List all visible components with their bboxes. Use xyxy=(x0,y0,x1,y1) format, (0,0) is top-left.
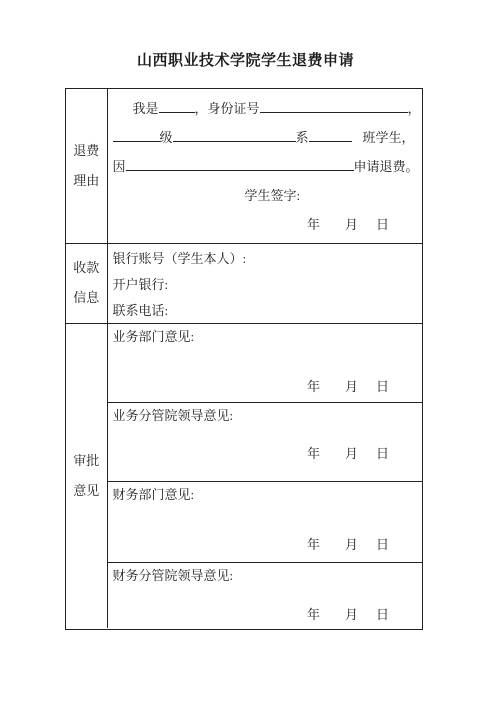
month-label: 月 xyxy=(345,446,358,461)
class-info-line: 级系班学生， xyxy=(108,123,423,152)
year-label: 年 xyxy=(307,379,320,394)
id-number-label: ，身份证号 xyxy=(195,101,260,116)
refund-reason-content: 我是，身份证号， 级系班学生， 因申请退费。 学生签字: 年月日 xyxy=(108,89,423,243)
row-label-payee-info: 收款 信息 xyxy=(66,244,108,324)
section-payee-info: 收款 信息 银行账号（学生本人）: 开户银行: 联系电话: xyxy=(66,244,422,325)
day-label: 日 xyxy=(376,607,389,622)
year-label: 年 xyxy=(307,537,320,552)
approval-content: 业务部门意见: 年月日 业务分管院领导意见: 年月日 财务部门意见: 年月日 财… xyxy=(108,324,423,628)
year-label: 年 xyxy=(307,217,320,232)
day-label: 日 xyxy=(376,446,389,461)
finance-dept-date-line: 年月日 xyxy=(108,536,423,553)
department-blank xyxy=(173,127,296,142)
year-label: 年 xyxy=(307,607,320,622)
month-label: 月 xyxy=(345,607,358,622)
month-label: 月 xyxy=(345,537,358,552)
row-label-refund-reason: 退费 理由 xyxy=(66,89,108,243)
student-signature-label: 学生签字: xyxy=(245,188,301,203)
month-label: 月 xyxy=(345,379,358,394)
approval-row-business-dept: 业务部门意见: 年月日 xyxy=(108,324,423,403)
business-dept-date-line: 年月日 xyxy=(108,378,423,395)
phone-label: 联系电话: xyxy=(108,298,423,324)
applicant-identity-line: 我是，身份证号， xyxy=(108,94,423,123)
business-leader-opinion-label: 业务分管院领导意见: xyxy=(108,407,423,424)
row-label-approval: 审批 意见 xyxy=(66,324,108,628)
payee-info-content: 银行账号（学生本人）: 开户银行: 联系电话: xyxy=(108,244,423,324)
grade-label: 级 xyxy=(160,130,173,145)
row-label-payee-line1: 收款 xyxy=(73,261,99,275)
approval-row-finance-leader: 财务分管院领导意见: 年月日 xyxy=(108,563,423,628)
reason-blank xyxy=(126,156,354,171)
approval-row-business-leader: 业务分管院领导意见: 年月日 xyxy=(108,403,423,482)
day-label: 日 xyxy=(376,537,389,552)
row-label-refund-line1: 退费 xyxy=(73,144,99,158)
class-student-label: 班学生， xyxy=(363,130,415,145)
page-title: 山西职业技术学院学生退费申请 xyxy=(0,51,491,71)
row-label-refund-line2: 理由 xyxy=(73,174,99,188)
month-label: 月 xyxy=(345,217,358,232)
grade-blank xyxy=(113,127,160,142)
reason-line: 因申请退费。 xyxy=(108,152,423,181)
finance-leader-date-line: 年月日 xyxy=(108,606,423,623)
day-label: 日 xyxy=(376,379,389,394)
section-refund-reason: 退费 理由 我是，身份证号， 级系班学生， 因申请退费。 学生签字: 年月日 xyxy=(66,89,422,244)
section-approval: 审批 意见 业务部门意见: 年月日 业务分管院领导意见: 年月日 财务部门意见:… xyxy=(66,324,422,628)
row-label-payee-line2: 信息 xyxy=(73,291,99,305)
reason-prefix-label: 因 xyxy=(113,159,126,174)
apply-refund-label: 申请退费。 xyxy=(354,159,419,174)
signature-date-line: 年月日 xyxy=(108,210,423,239)
approval-row-finance-dept: 财务部门意见: 年月日 xyxy=(108,482,423,563)
document-page: 山西职业技术学院学生退费申请 退费 理由 我是，身份证号， 级系班学生， 因申请… xyxy=(0,0,491,714)
day-label: 日 xyxy=(376,217,389,232)
row-label-approval-line2: 意见 xyxy=(73,484,99,498)
department-label: 系 xyxy=(296,130,309,145)
business-dept-opinion-label: 业务部门意见: xyxy=(108,328,423,345)
student-signature-line: 学生签字: xyxy=(108,181,423,210)
line1-comma: ， xyxy=(408,101,421,116)
name-blank xyxy=(159,98,195,113)
finance-leader-opinion-label: 财务分管院领导意见: xyxy=(108,567,423,584)
finance-dept-opinion-label: 财务部门意见: xyxy=(108,486,423,503)
class-blank xyxy=(309,127,352,142)
year-label: 年 xyxy=(307,446,320,461)
bank-name-label: 开户银行: xyxy=(108,272,423,298)
row-label-approval-line1: 审批 xyxy=(73,454,99,468)
name-prefix-label: 我是 xyxy=(133,101,159,116)
id-number-blank xyxy=(260,98,408,113)
bank-account-label: 银行账号（学生本人）: xyxy=(108,246,423,272)
refund-form-table: 退费 理由 我是，身份证号， 级系班学生， 因申请退费。 学生签字: 年月日 收… xyxy=(65,88,423,630)
business-leader-date-line: 年月日 xyxy=(108,445,423,462)
